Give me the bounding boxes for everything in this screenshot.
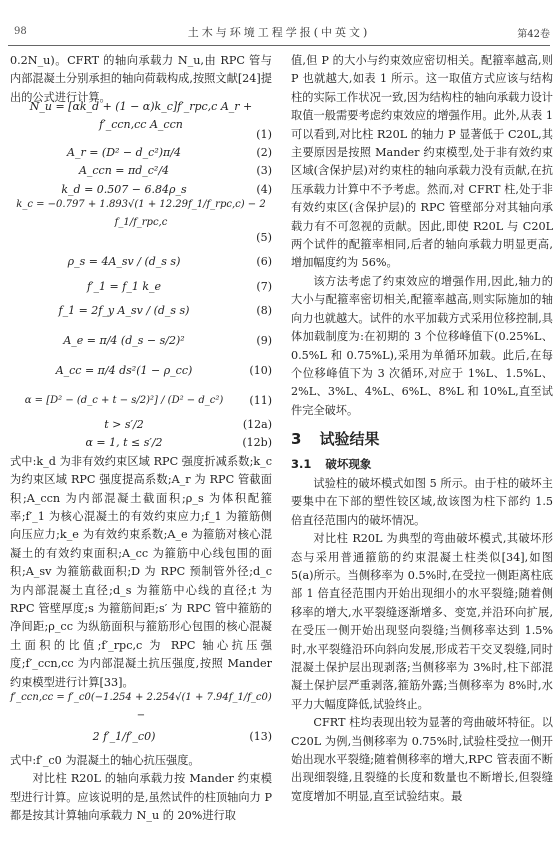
equation-8: f_1 = 2f_y A_sv / (d_s s)(8) [10, 296, 272, 326]
definitions-paragraph: 式中:k_d 为非有效约束区域 RPC 强度折减系数;k_c 为约束区域 RPC… [10, 453, 272, 692]
volume-label: 第42卷 [517, 25, 550, 40]
equation-11: α = [D² − (d_c + t − s/2)²] / (D² − d_c²… [10, 386, 272, 416]
right-column: 值,但 P 的大小与约束效应密切相关。配箍率越高,则 P 也就越大,如表 1 所… [291, 52, 553, 806]
r20l-paragraph: 对比柱 R20L 的轴向承载力按 Mander 约束模型进行计算。应该说明的是,… [10, 770, 272, 825]
running-header: 98 土木与环境工程学报(中英文) 第42卷 [8, 24, 550, 42]
equation-13-line1: f′_ccn,cc = f′_c0(−1.254 + 2.254√(1 + 7.… [10, 692, 272, 722]
equation-1: N_u = [αk_d + (1 − α)k_c]f′_rpc,c A_r + … [10, 107, 272, 125]
paragraph-5: CFRT 柱均表现出较为显著的弯曲破坏特征。以 C20L 为例,当侧移率为 0.… [291, 714, 553, 806]
equation-12b: α = 1, t ≤ s′/2(12b) [10, 434, 272, 452]
equation-10: A_cc = π/4 ds²(1 − ρ_cc)(10) [10, 356, 272, 386]
equation-13-line2: 2 f′_1/f′_c0)(13) [10, 722, 272, 752]
equation-3: A_ccn = πd_c²/4(3) [10, 162, 272, 180]
journal-title: 土木与环境工程学报(中英文) [8, 24, 550, 40]
equation-6: ρ_s = 4A_sv / (d_s s)(6) [10, 248, 272, 278]
paragraph-1: 值,但 P 的大小与约束效应密切相关。配箍率越高,则 P 也就越大,如表 1 所… [291, 52, 553, 273]
equation-2: A_r = (D² − d_c²)π/4(2) [10, 144, 272, 162]
equation-12a: t > s′/2(12a) [10, 416, 272, 434]
paragraph-3: 试验柱的破坏模式如图 5 所示。由于柱的破坏主要集中在下部的塑性铰区域,故该图为… [291, 475, 553, 530]
section-3-1-heading: 3.1破坏现象 [291, 455, 553, 473]
header-rule [8, 45, 550, 46]
equation-9: A_e = π/4 (d_s − s/2)²(9) [10, 326, 272, 356]
equation-7: f′_1 = f_1 k_e(7) [10, 278, 272, 296]
after-eq13-text: 式中:f′_c0 为混凝土的轴心抗压强度。 [10, 752, 272, 770]
paragraph-4: 对比柱 R20L 为典型的弯曲破坏模式,其破坏形态与采用普通箍筋的约束混凝土柱类… [291, 530, 553, 714]
paragraph-2: 该方法考虑了约束效应的增强作用,因此,轴力的大小与配箍率密切相关,配箍率越高,则… [291, 273, 553, 420]
section-3-heading: 3试验结果 [291, 430, 553, 448]
equation-5: k_c = −0.797 + 1.893√(1 + 12.29f_1/f_rpc… [10, 199, 272, 229]
left-column: 0.2N_u)。CFRT 的轴向承载力 N_u,由 RPC 管与内部混凝土分别承… [10, 52, 272, 826]
